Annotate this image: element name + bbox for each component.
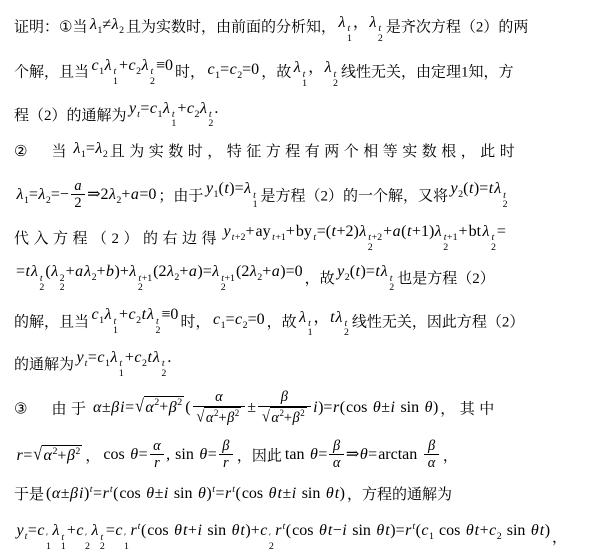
text-run: ② 当 <box>14 144 71 160</box>
math-run: c1λt1+c2tλt2≡0 <box>89 306 180 323</box>
stacked-subsup: t2 <box>344 319 349 338</box>
text-run: 时， <box>180 314 210 330</box>
stacked-subsup: 22 <box>60 274 65 293</box>
proof-line-9: 的通解为yt=c1λt1+c2tλt2. <box>14 349 596 378</box>
math-run: (α±βi)t=rt(cos θ±i sin θ)t=rt(cos θt±i s… <box>44 485 347 502</box>
text-run: ；由于 <box>158 188 203 204</box>
stacked-subsup: ′1 <box>124 533 129 552</box>
fraction: a2 <box>71 178 85 212</box>
stacked-subsup: t1 <box>113 317 118 336</box>
text-run: 且为实数时，由前面的分析知， <box>126 20 336 36</box>
math-run: cos θ=αr, sin θ=βr <box>100 446 237 463</box>
math-run: α±βi=√α2+β2(α√α2+β2±β√α2+β2i)=r(cos θ±i … <box>90 399 440 416</box>
proof-line-5: λ1=λ2=−a2⇒2λ2+a=0；由于y1(t)=λt1是方程（2）的一个解，… <box>14 178 596 212</box>
math-run: y2(t)=tλt2 <box>448 180 511 197</box>
stacked-subsup: t1 <box>171 110 176 129</box>
stacked-subsup: t2 <box>100 533 105 552</box>
sqrt-radical: √α2+β2 <box>135 396 184 417</box>
math-run: λt1，λt2 <box>336 14 386 31</box>
math-run: yt=c1λt1+c2tλt2. <box>74 349 173 366</box>
proof-line-7: =tλt2(λ22+aλ2+b)+λt+12(2λ2+a)=λt+12(2λ2+… <box>14 263 596 292</box>
math-run: c1=c2=0 <box>205 61 261 78</box>
text-run: 是方程（2）的一个解，又将 <box>261 188 449 204</box>
math-run: r=√α2+β2 <box>14 447 85 464</box>
text-run: 线性无关，因此方程（2） <box>352 314 525 330</box>
text-run: ，故 <box>261 65 291 81</box>
stacked-subsup: t1 <box>61 533 66 552</box>
stacked-subsup: t1 <box>302 70 307 89</box>
proof-line-6: 代入方程（2）的右边得yt+2+ayt+1+byt=(t+2)λt+22+a(t… <box>14 223 596 252</box>
text-run: 个解，且当 <box>14 65 89 81</box>
sqrt-radical: √α2+β2 <box>197 407 242 427</box>
stacked-subsup: t2 <box>208 110 213 129</box>
text-run: ，故 <box>267 314 297 330</box>
math-run: λ1≠λ2 <box>87 16 126 33</box>
math-run: λ1=λ2=−a2⇒2λ2+a=0 <box>14 186 158 203</box>
math-run: =tλt2(λ22+aλ2+b)+λt+12(2λ2+a)=λt+12(2λ2+… <box>14 263 305 280</box>
text-run: 程（2）的通解为 <box>14 108 127 124</box>
math-run: λt1，tλt2 <box>297 309 352 326</box>
stacked-subsup: t2 <box>333 70 338 89</box>
fraction: βr <box>219 438 233 472</box>
proof-line-11: r=√α2+β2，cos θ=αr, sin θ=βr，因此tan θ=βα⇒θ… <box>14 438 596 472</box>
stacked-subsup: t+12 <box>221 274 235 293</box>
math-run: y1(t)=λt1 <box>203 180 260 197</box>
text-run: 于是 <box>14 487 44 503</box>
proof-line-2: 个解，且当c1λt1+c2λt2≡0时，c1=c2=0，故λt1，λt2线性无关… <box>14 54 596 88</box>
text-run: ③ 由于 <box>14 402 90 418</box>
text-run: 时， <box>175 65 205 81</box>
stacked-subsup: t1 <box>347 24 352 43</box>
math-run: λ1=λ2 <box>71 140 110 157</box>
stacked-subsup: t+22 <box>368 233 382 252</box>
math-run: c1=c2=0 <box>210 311 266 328</box>
text-run: 证明：①当 <box>14 20 87 36</box>
math-run: c1λt1+c2λt2≡0 <box>89 57 175 74</box>
text-run: 的通解为 <box>14 357 74 373</box>
stacked-subsup: t2 <box>161 359 166 378</box>
proof-line-12: 于是(α±βi)t=rt(cos θ±i sin θ)t=rt(cos θt±i… <box>14 483 596 510</box>
fraction: αr <box>150 438 165 472</box>
fraction: β√α2+β2 <box>258 389 311 427</box>
text-run: ， <box>552 530 567 546</box>
text-run: 代入方程（2）的右边得 <box>14 231 221 247</box>
stacked-subsup: t1 <box>113 67 118 86</box>
fraction: βα <box>329 438 344 472</box>
sqrt-radical: √α2+β2 <box>33 445 82 466</box>
math-run: yt=c1λt1+c2λt2. <box>127 100 221 117</box>
text-run: ，其中 <box>440 402 499 418</box>
fraction: βα <box>424 438 439 472</box>
math-run: λt1，λt2 <box>291 59 341 76</box>
stacked-subsup: t1 <box>308 319 313 338</box>
proof-line-4: ② 当λ1=λ2且为实数时，特征方程有两个相等实数根，此时 <box>14 140 596 167</box>
stacked-subsup: t2 <box>491 233 496 252</box>
proof-line-10: ③ 由于α±βi=√α2+β2(α√α2+β2±β√α2+β2i)=r(cos … <box>14 389 596 427</box>
proof-line-3: 程（2）的通解为yt=c1λt1+c2λt2. <box>14 100 596 129</box>
stacked-subsup: t+12 <box>443 233 457 252</box>
sqrt-radical: √α2+β2 <box>262 407 307 427</box>
math-run: y2(t)=tλt2 <box>335 263 398 280</box>
stacked-subsup: t2 <box>503 191 508 210</box>
text-run: 的解，且当 <box>14 314 89 330</box>
stacked-subsup: t+12 <box>138 274 152 293</box>
stacked-subsup: t1 <box>253 191 258 210</box>
proof-document: 证明：①当λ1≠λ2且为实数时，由前面的分析知，λt1，λt2是齐次方程（2）的… <box>0 0 604 552</box>
math-run: yt+2+ayt+1+byt=(t+2)λt+22+a(t+1)λt+12+bt… <box>221 223 508 240</box>
stacked-subsup: t2 <box>389 274 394 293</box>
text-run: ， <box>443 448 458 464</box>
math-run: yt=c′1λt1+c′2λt2=c′1rt(cos θt+i sin θt)+… <box>14 522 552 539</box>
fraction: α√α2+β2 <box>193 389 246 427</box>
stacked-subsup: ′2 <box>85 533 90 552</box>
stacked-subsup: t1 <box>119 359 124 378</box>
math-run: tan θ=βα⇒θ=arctan βα <box>282 446 443 463</box>
stacked-subsup: ′2 <box>269 533 274 552</box>
text-run: 且为实数时，特征方程有两个相等实数根，此时 <box>110 144 520 160</box>
text-run: 也是方程（2） <box>397 271 495 287</box>
stacked-subsup: t2 <box>150 67 155 86</box>
proof-line-8: 的解，且当c1λt1+c2tλt2≡0时，c1=c2=0，故λt1，tλt2线性… <box>14 304 596 338</box>
text-run: ， <box>85 448 100 464</box>
text-run: ，因此 <box>237 448 282 464</box>
stacked-subsup: t2 <box>39 274 44 293</box>
proof-line-13: yt=c′1λt1+c′2λt2=c′1rt(cos θt+i sin θt)+… <box>14 521 596 552</box>
stacked-subsup: ′1 <box>46 533 51 552</box>
text-run: 线性无关，由定理1知，方 <box>341 65 514 81</box>
stacked-subsup: t2 <box>378 24 383 43</box>
text-run: 是齐次方程（2）的两 <box>386 20 529 36</box>
text-run: ，方程的通解为 <box>347 487 452 503</box>
stacked-subsup: t2 <box>155 317 160 336</box>
text-run: ，故 <box>305 271 335 287</box>
proof-line-1: 证明：①当λ1≠λ2且为实数时，由前面的分析知，λt1，λt2是齐次方程（2）的… <box>14 9 596 43</box>
